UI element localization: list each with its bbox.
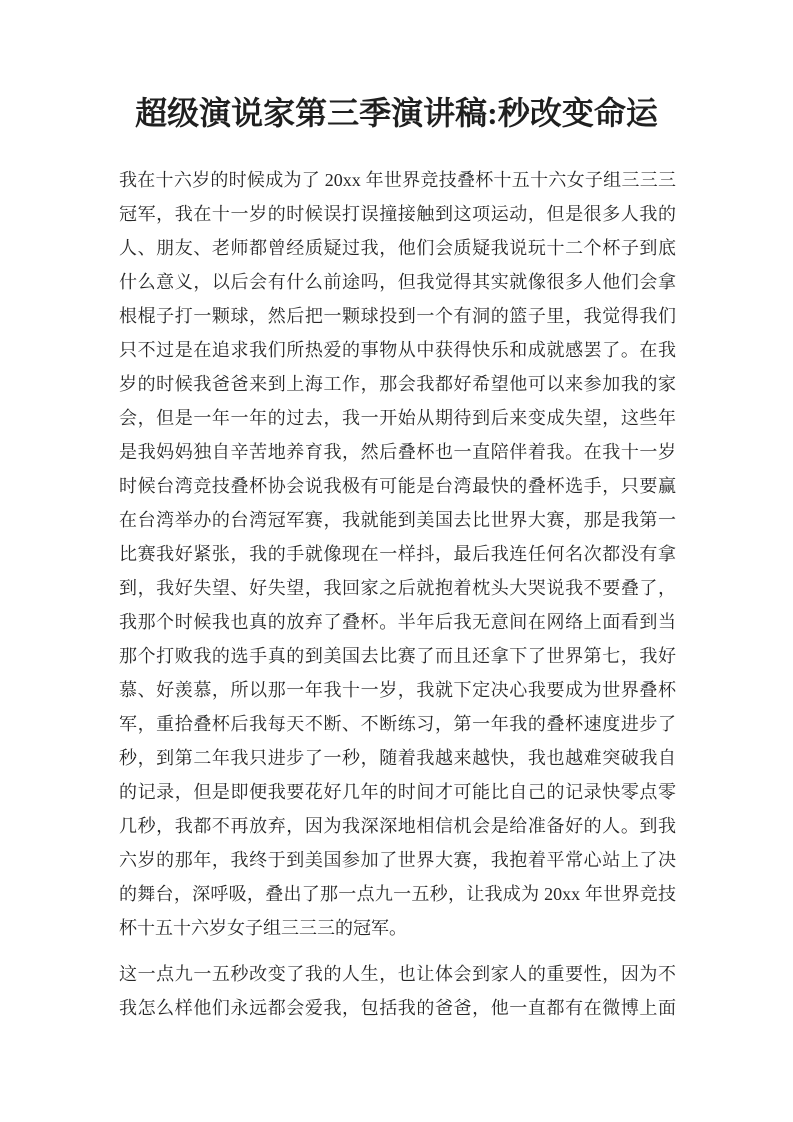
text-line: 的记录，但是即便我要花好几年的时间才可能比自己的记录快零点零零 [119, 775, 676, 809]
text-line: 的舞台，深呼吸，叠出了那一点九一五秒，让我成为 20xx 年世界竞技叠 [119, 877, 676, 911]
text-line: 时候台湾竞技叠杯协会说我极有可能是台湾最快的叠杯选手，只要赢得 [119, 469, 676, 503]
document-page: 超级演说家第三季演讲稿:秒改变命运 我在十六岁的时候成为了 20xx 年世界竞技… [0, 0, 793, 1122]
paragraph: 这一点九一五秒改变了我的人生，也让体会到家人的重要性，因为不管我怎么样他们永远都… [119, 957, 676, 1025]
text-line: 几秒，我都不再放弃，因为我深深地相信机会是给准备好的人。到我十 [119, 809, 676, 843]
text-line: 慕、好羡慕，所以那一年我十一岁，我就下定决心我要成为世界叠杯冠 [119, 673, 676, 707]
text-line: 冠军，我在十一岁的时候误打误撞接触到这项运动，但是很多人我的家 [119, 197, 676, 231]
text-line: 军，重拾叠杯后我每天不断、不断练习，第一年我的叠杯速度进步了两 [119, 707, 676, 741]
text-line: 岁的时候我爸爸来到上海工作，那会我都好希望他可以来参加我的家长 [119, 367, 676, 401]
text-line: 我怎么样他们永远都会爱我，包括我的爸爸，他一直都有在微博上面默 [119, 991, 676, 1025]
text-line: 我在十六岁的时候成为了 20xx 年世界竞技叠杯十五十六女子组三三三的 [119, 163, 676, 197]
paragraph: 我在十六岁的时候成为了 20xx 年世界竞技叠杯十五十六女子组三三三的冠军，我在… [119, 163, 676, 945]
text-line: 人、朋友、老师都曾经质疑过我，他们会质疑我说玩十二个杯子到底有 [119, 231, 676, 265]
text-line: 杯十五十六岁女子组三三三的冠军。 [119, 911, 676, 945]
text-line: 秒，到第二年我只进步了一秒，随着我越来越快，我也越难突破我自己 [119, 741, 676, 775]
text-line: 我那个时候我也真的放弃了叠杯。半年后我无意间在网络上面看到当年 [119, 605, 676, 639]
text-line: 是我妈妈独自辛苦地养育我，然后叠杯也一直陪伴着我。在我十一岁的 [119, 435, 676, 469]
text-line: 那个打败我的选手真的到美国去比赛了而且还拿下了世界第七，我好羡 [119, 639, 676, 673]
text-line: 会，但是一年一年的过去，我一开始从期待到后来变成失望，这些年都 [119, 401, 676, 435]
text-line: 到，我好失望、好失望，我回家之后就抱着枕头大哭说我不要叠了，但 [119, 571, 676, 605]
text-line: 六岁的那年，我终于到美国参加了世界大赛，我抱着平常心站上了决赛 [119, 843, 676, 877]
text-line: 只不过是在追求我们所热爱的事物从中获得快乐和成就感罢了。在我十 [119, 333, 676, 367]
document-body: 我在十六岁的时候成为了 20xx 年世界竞技叠杯十五十六女子组三三三的冠军，我在… [119, 163, 676, 1037]
text-line: 在台湾举办的台湾冠军赛，我就能到美国去比世界大赛，那是我第一次 [119, 503, 676, 537]
text-line: 什么意义，以后会有什么前途吗，但我觉得其实就像很多人他们会拿一 [119, 265, 676, 299]
text-line: 根棍子打一颗球，然后把一颗球投到一个有洞的篮子里，我觉得我们都 [119, 299, 676, 333]
text-line: 这一点九一五秒改变了我的人生，也让体会到家人的重要性，因为不管 [119, 957, 676, 991]
document-title: 超级演说家第三季演讲稿:秒改变命运 [118, 94, 675, 132]
text-line: 比赛我好紧张，我的手就像现在一样抖，最后我连任何名次都没有拿 [119, 537, 676, 571]
